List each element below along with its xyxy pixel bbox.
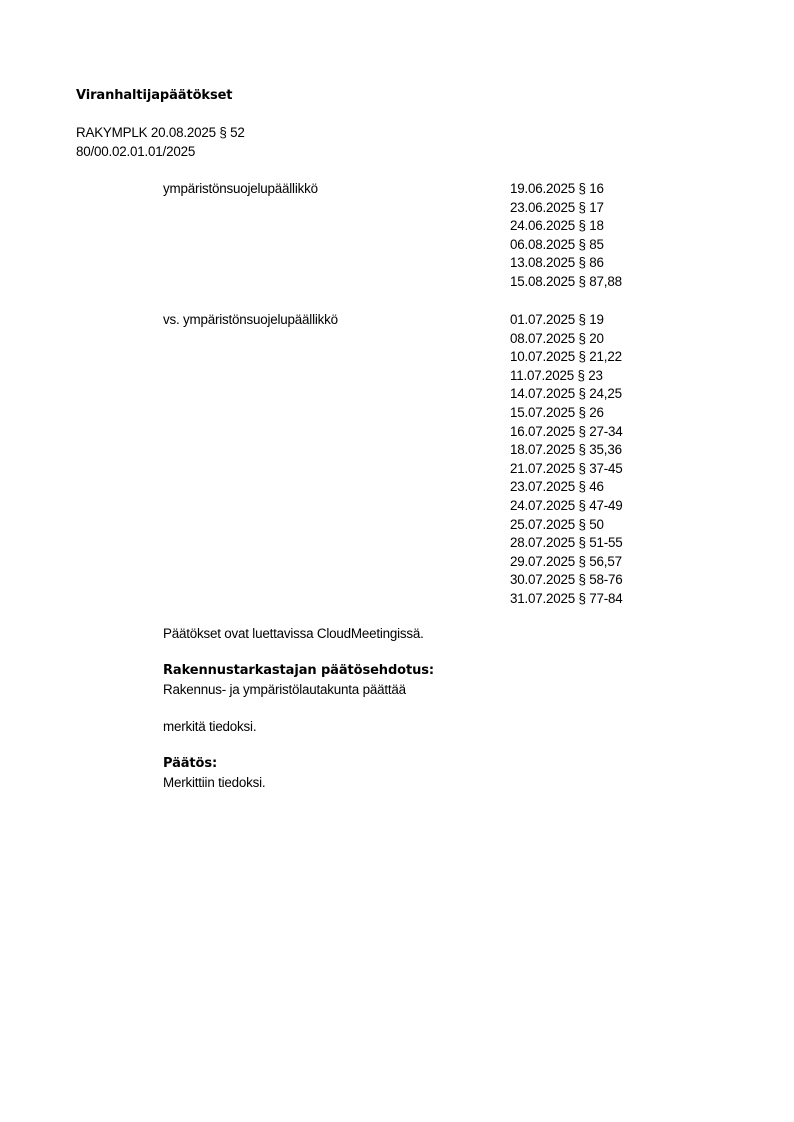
decision-list: 01.07.2025 § 19 08.07.2025 § 20 10.07.20… <box>510 311 623 609</box>
availability-note: Päätökset ovat luettavissa CloudMeetingi… <box>163 626 424 641</box>
proposal-body: Rakennus- ja ympäristölautakunta päättää <box>163 682 406 697</box>
decision-item: 08.07.2025 § 20 <box>510 330 623 349</box>
decision-item: 25.07.2025 § 50 <box>510 516 623 535</box>
decision-item: 23.06.2025 § 17 <box>510 199 622 218</box>
decision-item: 01.07.2025 § 19 <box>510 311 623 330</box>
decision-heading: Päätös: <box>163 756 217 771</box>
decision-item: 19.06.2025 § 16 <box>510 180 622 199</box>
decision-item: 16.07.2025 § 27-34 <box>510 423 623 442</box>
official-title: vs. ympäristönsuojelupäällikkö <box>163 311 338 330</box>
decision-item: 10.07.2025 § 21,22 <box>510 348 623 367</box>
decision-item: 15.07.2025 § 26 <box>510 404 623 423</box>
decision-item: 24.07.2025 § 47-49 <box>510 497 623 516</box>
document-heading: Viranhaltijapäätökset <box>76 88 232 103</box>
decision-item: 15.08.2025 § 87,88 <box>510 273 622 292</box>
decision-item: 29.07.2025 § 56,57 <box>510 553 623 572</box>
decision-item: 30.07.2025 § 58-76 <box>510 571 623 590</box>
decision-body: Merkittiin tiedoksi. <box>163 775 265 790</box>
meeting-reference: RAKYMPLK 20.08.2025 § 52 <box>76 125 245 140</box>
decision-list: 19.06.2025 § 16 23.06.2025 § 17 24.06.20… <box>510 180 622 292</box>
decision-item: 11.07.2025 § 23 <box>510 367 623 386</box>
decision-item: 14.07.2025 § 24,25 <box>510 385 623 404</box>
official-title: ympäristönsuojelupäällikkö <box>163 180 318 199</box>
decision-item: 24.06.2025 § 18 <box>510 217 622 236</box>
decision-item: 23.07.2025 § 46 <box>510 478 623 497</box>
decision-item: 28.07.2025 § 51-55 <box>510 534 623 553</box>
decision-item: 18.07.2025 § 35,36 <box>510 441 623 460</box>
proposal-action: merkitä tiedoksi. <box>163 719 256 734</box>
decision-item: 31.07.2025 § 77-84 <box>510 590 623 609</box>
record-id: 80/00.02.01.01/2025 <box>76 144 195 159</box>
document-page: Viranhaltijapäätökset RAKYMPLK 20.08.202… <box>0 0 794 1122</box>
decision-item: 13.08.2025 § 86 <box>510 254 622 273</box>
proposal-heading: Rakennustarkastajan päätösehdotus: <box>163 663 434 678</box>
decision-item: 06.08.2025 § 85 <box>510 236 622 255</box>
decision-item: 21.07.2025 § 37-45 <box>510 460 623 479</box>
